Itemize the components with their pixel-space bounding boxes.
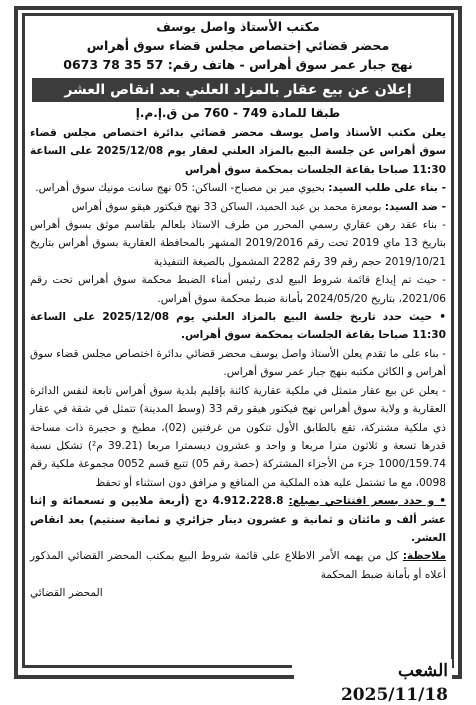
publication-footer: الشعب 2025/11/18 [296, 659, 452, 705]
office-address: نهج جبار عمر سوق أهراس - هاتف رقم: 57 35… [30, 55, 446, 74]
deed-paragraph: - بناء عقد رهن عقاري رسمي المحرر من طرف … [30, 216, 446, 271]
specs-paragraph: - حيث تم إيداع قائمة شروط البيع لدى رئيس… [30, 271, 446, 308]
notice-banner: إعلان عن بيع عقار بالمزاد العلني بعد انق… [32, 78, 444, 102]
note-label: ملاحظة: [403, 550, 446, 562]
office-title: محضر قضائي إختصاص مجلس قضاء سوق أهراس [30, 36, 446, 55]
price-label: • و حدد بسعر افتتاحي بمبلغ: [289, 495, 446, 507]
note-paragraph: ملاحظة: كل من يهمه الأمر الاطلاع على قائ… [30, 547, 446, 584]
signature-row: المحضر القضائي [30, 584, 446, 602]
session-date-paragraph: • حيث حدد تاريخ جلسة البيع بالمزاد العلن… [30, 308, 446, 345]
intro-paragraph: يعلن مكتب الأستاذ واصل يوسف محضر قضائي ب… [30, 124, 446, 179]
against-label: - ضد السيد: [385, 201, 446, 213]
against-paragraph: - ضد السيد: بومعزة محمد بن عبد الحميد، ا… [30, 198, 446, 216]
inner-frame-bottom [22, 665, 292, 668]
applicant-label: - بناء على طلب السيد: [328, 182, 446, 194]
legal-reference: طبقا للمادة 749 - 760 من ق.إ.م.إ [30, 104, 446, 122]
price-paragraph: • و حدد بسعر افتتاحي بمبلغ: 4.912.228.8 … [30, 492, 446, 547]
signature: المحضر القضائي [30, 584, 103, 602]
publication-date: 2025/11/18 [341, 685, 448, 705]
note-text: كل من يهمه الأمر الاطلاع على قائمة شروط … [30, 550, 446, 580]
intro-text: يعلن مكتب الأستاذ واصل يوسف محضر قضائي ب… [30, 127, 446, 176]
request-paragraph: - بناء على ما تقدم يعلن الأستاذ واصل يوس… [30, 345, 446, 382]
against-text: بومعزة محمد بن عبد الحميد، الساكن 33 نهج… [72, 201, 385, 213]
applicant-paragraph: - بناء على طلب السيد: بحيوي مير بن مصباح… [30, 179, 446, 197]
applicant-text: بحيوي مير بن مصباح- الساكن: 05 نهج سانت … [35, 182, 328, 194]
notice-content: مكتب الأستاذ واصل يوسف محضر قضائي إختصاص… [30, 17, 446, 602]
newspaper-name: الشعب [398, 661, 448, 681]
property-paragraph: - يعلن عن بيع عقار متمثل في ملكية عقارية… [30, 382, 446, 492]
office-name: مكتب الأستاذ واصل يوسف [30, 17, 446, 36]
outer-frame-bottom [14, 675, 294, 679]
